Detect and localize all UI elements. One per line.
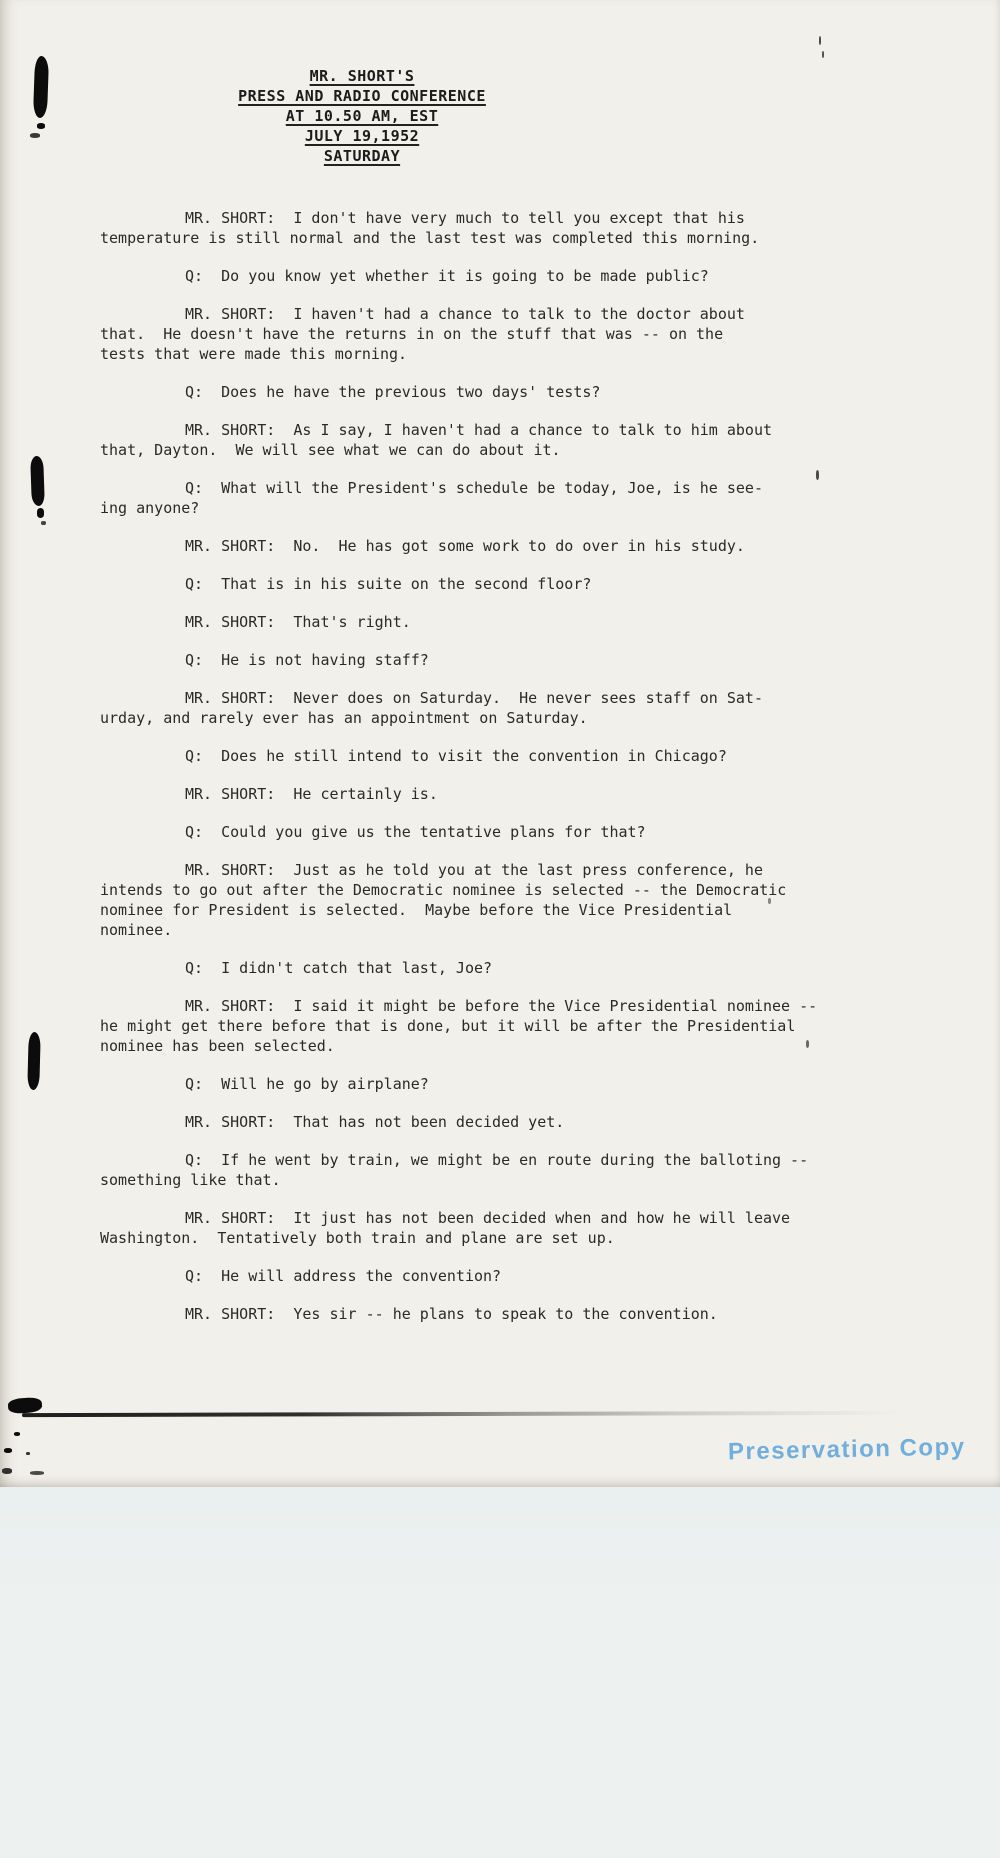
- document-title-line: PRESS AND RADIO CONFERENCE: [0, 86, 724, 106]
- ink-speck: [822, 51, 824, 58]
- transcript-paragraph: MR. SHORT: No. He has got some work to d…: [100, 536, 862, 556]
- document-title: MR. SHORT'SPRESS AND RADIO CONFERENCEAT …: [0, 0, 724, 166]
- transcript-paragraph: Q: He is not having staff?: [100, 650, 862, 670]
- transcript-paragraph: Q: If he went by train, we might be en r…: [100, 1150, 862, 1190]
- ink-speck: [2, 1468, 12, 1474]
- ink-mark-staple-middle: [30, 456, 45, 506]
- ink-speck: [806, 1040, 809, 1048]
- ink-speck: [4, 1448, 12, 1453]
- transcript-paragraph: Q: Will he go by airplane?: [100, 1074, 862, 1094]
- transcript-paragraph: MR. SHORT: Yes sir -- he plans to speak …: [100, 1304, 862, 1324]
- transcript-paragraph: MR. SHORT: As I say, I haven't had a cha…: [100, 420, 862, 460]
- document-title-line: JULY 19,1952: [0, 126, 724, 146]
- transcript-paragraph: MR. SHORT: I said it might be before the…: [100, 996, 862, 1056]
- ink-smudge-line: [22, 1411, 902, 1417]
- document-title-line: SATURDAY: [0, 146, 724, 166]
- document-page: MR. SHORT'SPRESS AND RADIO CONFERENCEAT …: [0, 0, 1000, 1487]
- transcript-paragraph: Q: Could you give us the tentative plans…: [100, 822, 862, 842]
- transcript-paragraph: Q: Do you know yet whether it is going t…: [100, 266, 862, 286]
- preservation-copy-stamp: Preservation Copy: [728, 1434, 966, 1467]
- document-title-line: MR. SHORT'S: [0, 66, 724, 86]
- transcript-paragraph: Q: Does he still intend to visit the con…: [100, 746, 862, 766]
- transcript-paragraph: Q: Does he have the previous two days' t…: [100, 382, 862, 402]
- ink-mark: [41, 521, 46, 525]
- ink-mark-staple-lower: [27, 1032, 41, 1090]
- document-title-line: AT 10.50 AM, EST: [0, 106, 724, 126]
- ink-mark: [37, 508, 44, 518]
- transcript-paragraph: MR. SHORT: That's right.: [100, 612, 862, 632]
- transcript-paragraph: MR. SHORT: I don't have very much to tel…: [100, 208, 862, 248]
- ink-speck: [768, 898, 771, 904]
- ink-speck: [26, 1452, 30, 1455]
- transcript-paragraph: MR. SHORT: That has not been decided yet…: [100, 1112, 862, 1132]
- transcript-paragraph: MR. SHORT: He certainly is.: [100, 784, 862, 804]
- transcript-paragraph: Q: He will address the convention?: [100, 1266, 862, 1286]
- transcript-paragraph: Q: I didn't catch that last, Joe?: [100, 958, 862, 978]
- ink-speck: [819, 36, 821, 45]
- ink-smudge-bottom: [8, 1397, 43, 1414]
- scanner-backing: [0, 1487, 1000, 1858]
- transcript-paragraph: Q: That is in his suite on the second fl…: [100, 574, 862, 594]
- transcript-paragraph: Q: What will the President's schedule be…: [100, 478, 862, 518]
- ink-mark: [37, 123, 45, 129]
- ink-speck: [816, 470, 819, 480]
- ink-speck: [30, 1471, 44, 1475]
- transcript-paragraph: MR. SHORT: I haven't had a chance to tal…: [100, 304, 862, 364]
- transcript-paragraph: MR. SHORT: Never does on Saturday. He ne…: [100, 688, 862, 728]
- transcript-paragraph: MR. SHORT: It just has not been decided …: [100, 1208, 862, 1248]
- transcript: MR. SHORT: I don't have very much to tel…: [100, 208, 862, 1324]
- ink-mark: [30, 133, 40, 138]
- transcript-paragraph: MR. SHORT: Just as he told you at the la…: [100, 860, 862, 940]
- ink-speck: [14, 1432, 20, 1436]
